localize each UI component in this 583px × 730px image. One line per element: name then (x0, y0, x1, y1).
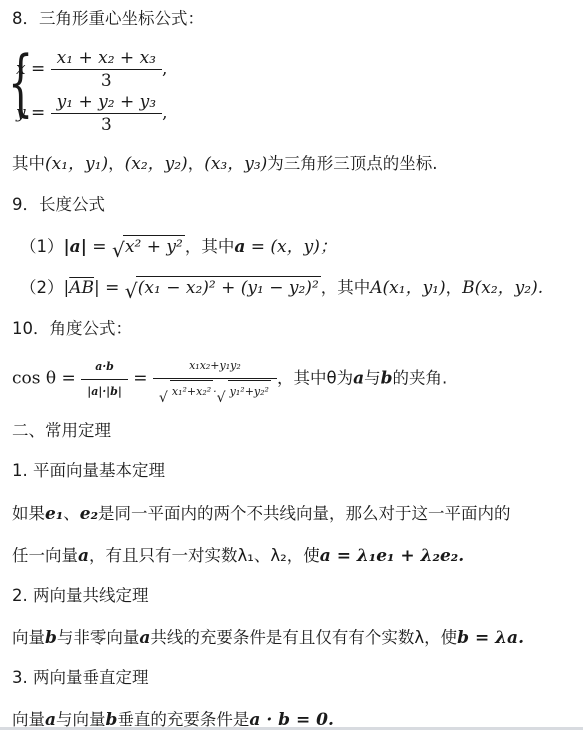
centroid-eq-x: x = x₁ + x₂ + x₃ 3 , (16, 48, 167, 91)
section-10-title: 10．角度公式： (12, 318, 132, 340)
theorem-1-title: 1. 平面向量基本定理 (12, 460, 165, 482)
angle-formula: cos θ = a·b |a|·|b| = x₁x₂+y₁y₂ √x₁²+x₂²… (12, 355, 447, 403)
theorem-3-title: 3. 两向量垂直定理 (12, 667, 149, 689)
centroid-eq-y: y = y₁ + y₂ + y₃ 3 , (16, 92, 167, 135)
theorem-1-line-1: 如果e₁、e₂是同一平面内的两个不共线向量，那么对于这一平面内的 (12, 503, 511, 525)
length-formula-1: （1）|a| = √x² + y²，其中a = (x，y)； (20, 235, 337, 258)
theorem-2-title: 2. 两向量共线定理 (12, 585, 149, 607)
centroid-note: 其中(x₁，y₁)，(x₂，y₂)，(x₃，y₃)为三角形三顶点的坐标. (12, 153, 438, 175)
section-8-title: 8．三角形重心坐标公式： (12, 8, 204, 30)
length-formula-2: （2）|AB| = √(x₁ − x₂)² + (y₁ − y₂)²，其中A(x… (20, 276, 543, 299)
theorem-1-line-2: 任一向量a，有且只有一对实数λ₁、λ₂，使a = λ₁e₁ + λ₂e₂. (12, 545, 464, 567)
section-9-title: 9．长度公式 (12, 194, 105, 216)
document-page: 8．三角形重心坐标公式： { x = x₁ + x₂ + x₃ 3 , y = … (0, 0, 583, 730)
part-2-title: 二、常用定理 (12, 420, 111, 442)
theorem-2-text: 向量b与非零向量a共线的充要条件是有且仅有有个实数λ，使b = λa. (12, 627, 524, 649)
